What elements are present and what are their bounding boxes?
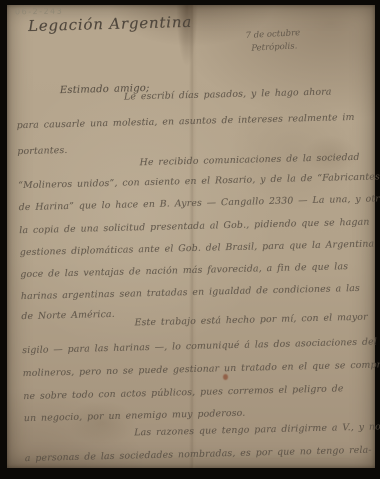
letter-line: de Harina” que lo hace en B. Ayres — Can… (19, 193, 380, 213)
letter-line: sigilo — para las harinas —, lo comuniqu… (22, 336, 377, 356)
scanned-letter: 06-2-243 Legación Argentina 7 de octubre… (0, 0, 380, 479)
letter-line: Le escribí días pasados, y le hago ahora (124, 86, 332, 102)
letter-line: la copia de una solicitud presentada al … (19, 217, 370, 237)
letter-line: para causarle una molestia, en asuntos d… (17, 112, 355, 131)
letter-line: a personas de las sociedades nombradas, … (25, 445, 372, 464)
letter-line: portantes. (17, 145, 67, 157)
letter-body: Estimado amigo;Le escribí días pasados, … (0, 0, 380, 479)
letter-line: He recibido comunicaciones de la socieda… (139, 152, 359, 168)
letter-line: un negocio, por un enemigo muy poderoso. (24, 408, 246, 424)
letter-line: ne sobre todo con actos públicos, pues c… (23, 383, 343, 402)
letter-line: molineros, pero no se puede gestionar un… (23, 359, 380, 379)
letter-line: Las razones que tengo para dirigirme a V… (134, 421, 380, 438)
letter-line: Este trabajo está hecho por mí, con el m… (134, 312, 367, 329)
letter-line: “Molineros unidos”, con asiento en el Ro… (18, 171, 380, 191)
letter-line: de Norte América. (21, 309, 115, 322)
letter-line: harinas argentinas sean tratadas en igua… (21, 283, 360, 302)
letter-line: goce de las ventajas de nación más favor… (20, 261, 348, 280)
letter-line: gestiones diplomáticas ante el Gob. del … (20, 238, 375, 258)
